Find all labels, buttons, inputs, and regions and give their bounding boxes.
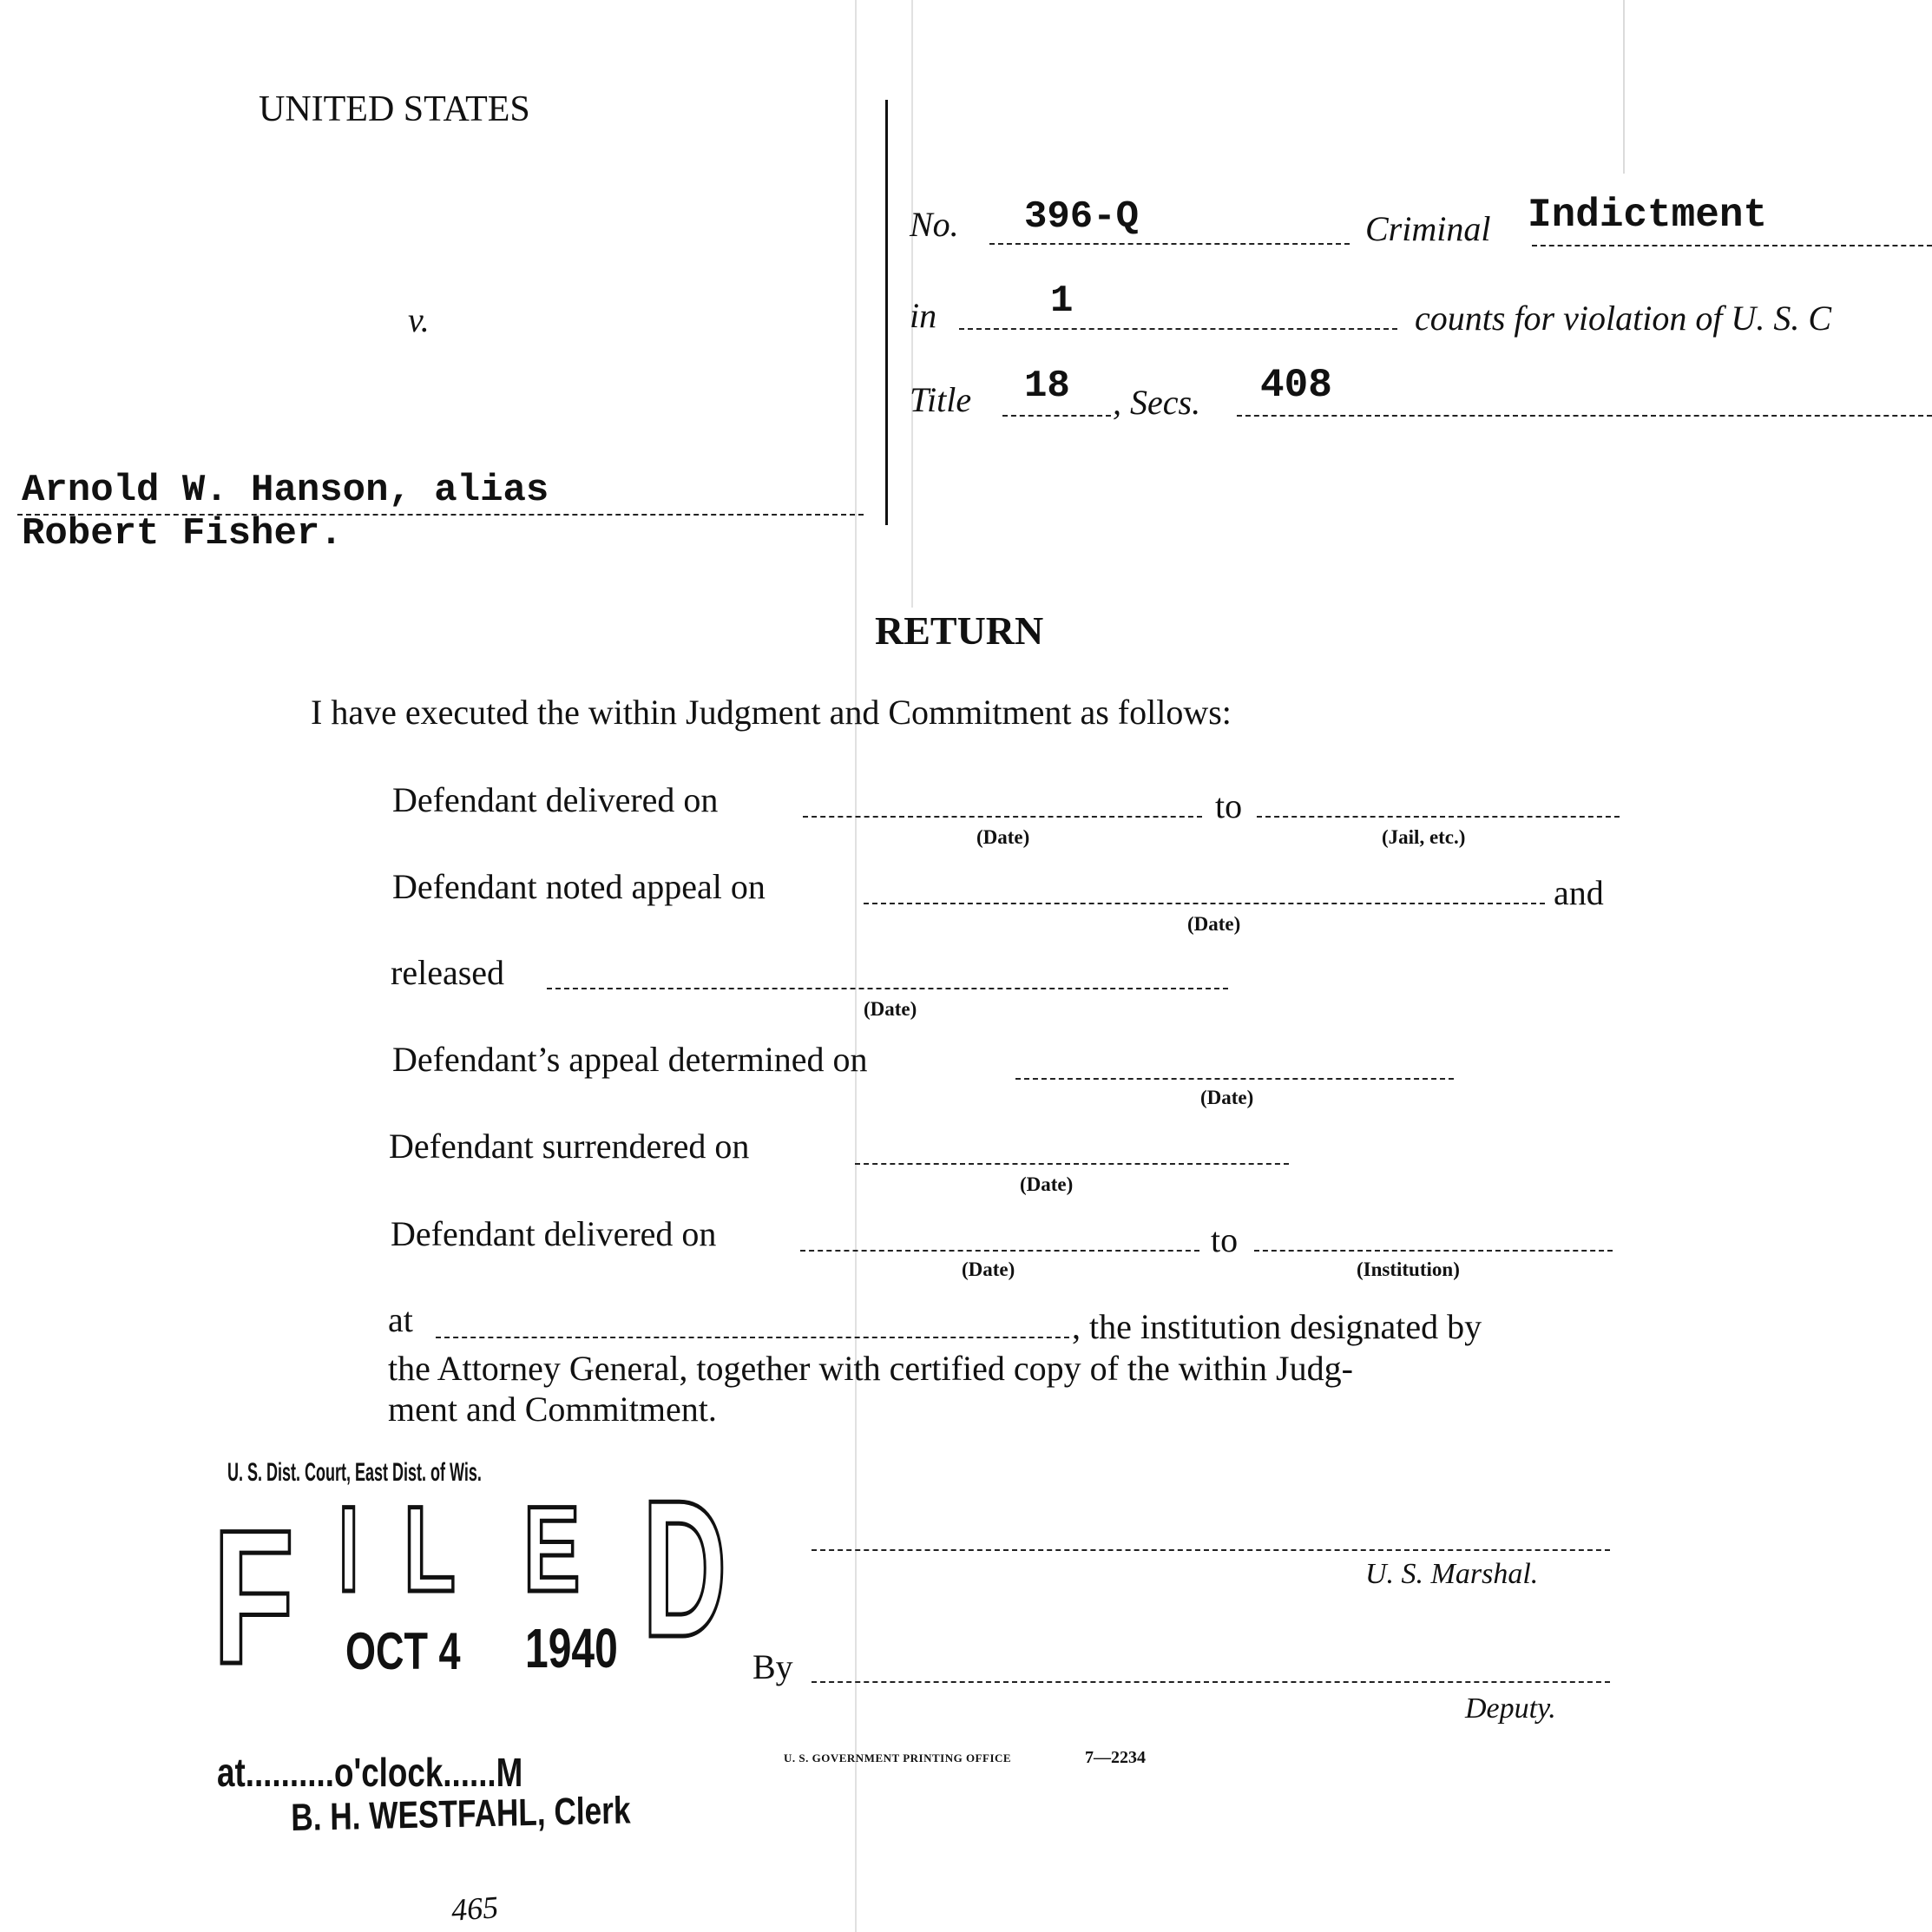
versus-label: v. (408, 299, 430, 340)
at-label: at (388, 1299, 413, 1340)
counts-line (959, 328, 1397, 330)
stamp-year: 1940 (525, 1616, 618, 1680)
defendant-name-line2: Robert Fisher. (22, 512, 343, 555)
printing-office-imprint: U. S. GOVERNMENT PRINTING OFFICE (784, 1751, 1011, 1765)
date-caption: (Date) (1187, 913, 1240, 936)
surrendered-label: Defendant surrendered on (389, 1126, 749, 1166)
noted-appeal-label: Defendant noted appeal on (392, 866, 766, 907)
form-number: 7—2234 (1085, 1748, 1146, 1768)
secs-label: , Secs. (1113, 382, 1200, 423)
stamp-letter-f: F (213, 1502, 294, 1692)
stamp-letter-e: E (523, 1488, 580, 1610)
defendant-name-line1: Arnold W. Hanson, alias (22, 469, 549, 512)
criminal-label: Criminal (1365, 208, 1490, 249)
surrendered-date-field[interactable] (855, 1163, 1289, 1165)
secs-line (1237, 415, 1932, 417)
para-line3: ment and Commitment. (388, 1389, 717, 1429)
released-date-field[interactable] (547, 988, 1228, 989)
deputy-label: Deputy. (1465, 1692, 1556, 1725)
stamp-date: OCT 4 (345, 1621, 461, 1681)
handwritten-number: 465 (450, 1889, 500, 1929)
date-caption: (Date) (962, 1258, 1015, 1281)
deputy-signature-line[interactable] (812, 1681, 1610, 1683)
stamp-letter-i: I (338, 1488, 358, 1610)
scan-fold-mark (855, 0, 857, 1932)
stamp-clerk: B. H. WESTFAHL, Clerk (291, 1789, 631, 1840)
para-line2: the Attorney General, together with cert… (388, 1348, 1353, 1389)
delivered-jail-field[interactable] (1257, 816, 1620, 818)
stamp-letter-d: D (642, 1471, 727, 1666)
at-tail-text: , the institution designated by (1072, 1306, 1482, 1347)
jail-caption: (Jail, etc.) (1382, 826, 1465, 849)
at-institution-field[interactable] (436, 1337, 1069, 1338)
scan-fold-mark (1623, 0, 1625, 174)
in-label: in (910, 295, 936, 336)
plaintiff-name: UNITED STATES (259, 89, 530, 130)
secs-value: 408 (1260, 363, 1332, 408)
return-intro: I have executed the within Judgment and … (311, 692, 1232, 733)
counts-label: counts for violation of U. S. C (1415, 298, 1831, 338)
caption-brace (877, 100, 888, 525)
appeal-date-field[interactable] (864, 903, 1545, 904)
delivered-to-label: to (1215, 785, 1242, 826)
delivered-to-label-2: to (1211, 1219, 1238, 1260)
delivered-date-field-2[interactable] (800, 1250, 1199, 1252)
delivered-date-field[interactable] (803, 816, 1202, 818)
stamp-time-line: at..........o'clock......M (217, 1749, 522, 1796)
case-no-line (989, 243, 1350, 245)
institution-caption: (Institution) (1357, 1258, 1460, 1281)
and-label: and (1554, 872, 1604, 913)
return-heading: RETURN (875, 608, 1043, 654)
institution-field[interactable] (1254, 1250, 1613, 1252)
criminal-line (1532, 245, 1932, 246)
marshal-label: U. S. Marshal. (1365, 1558, 1538, 1591)
counts-value: 1 (1050, 279, 1073, 323)
by-label: By (752, 1646, 793, 1687)
date-caption: (Date) (864, 998, 917, 1021)
appeal-determined-date-field[interactable] (1015, 1078, 1454, 1080)
title-value: 18 (1024, 365, 1070, 408)
date-caption: (Date) (1020, 1173, 1073, 1196)
released-label: released (391, 952, 504, 993)
title-line (1002, 415, 1111, 417)
stamp-letter-l: L (404, 1488, 456, 1610)
delivered-on-label: Defendant delivered on (392, 779, 718, 820)
marshal-signature-line[interactable] (812, 1549, 1610, 1551)
case-no-value: 396-Q (1024, 195, 1139, 239)
case-no-label: No. (910, 204, 959, 245)
appeal-determined-label: Defendant’s appeal determined on (392, 1039, 868, 1080)
delivered-on-label-2: Defendant delivered on (391, 1213, 716, 1254)
title-label: Title (910, 379, 971, 420)
date-caption: (Date) (1200, 1087, 1253, 1109)
date-caption: (Date) (976, 826, 1029, 849)
criminal-type-value: Indictment (1528, 193, 1767, 238)
